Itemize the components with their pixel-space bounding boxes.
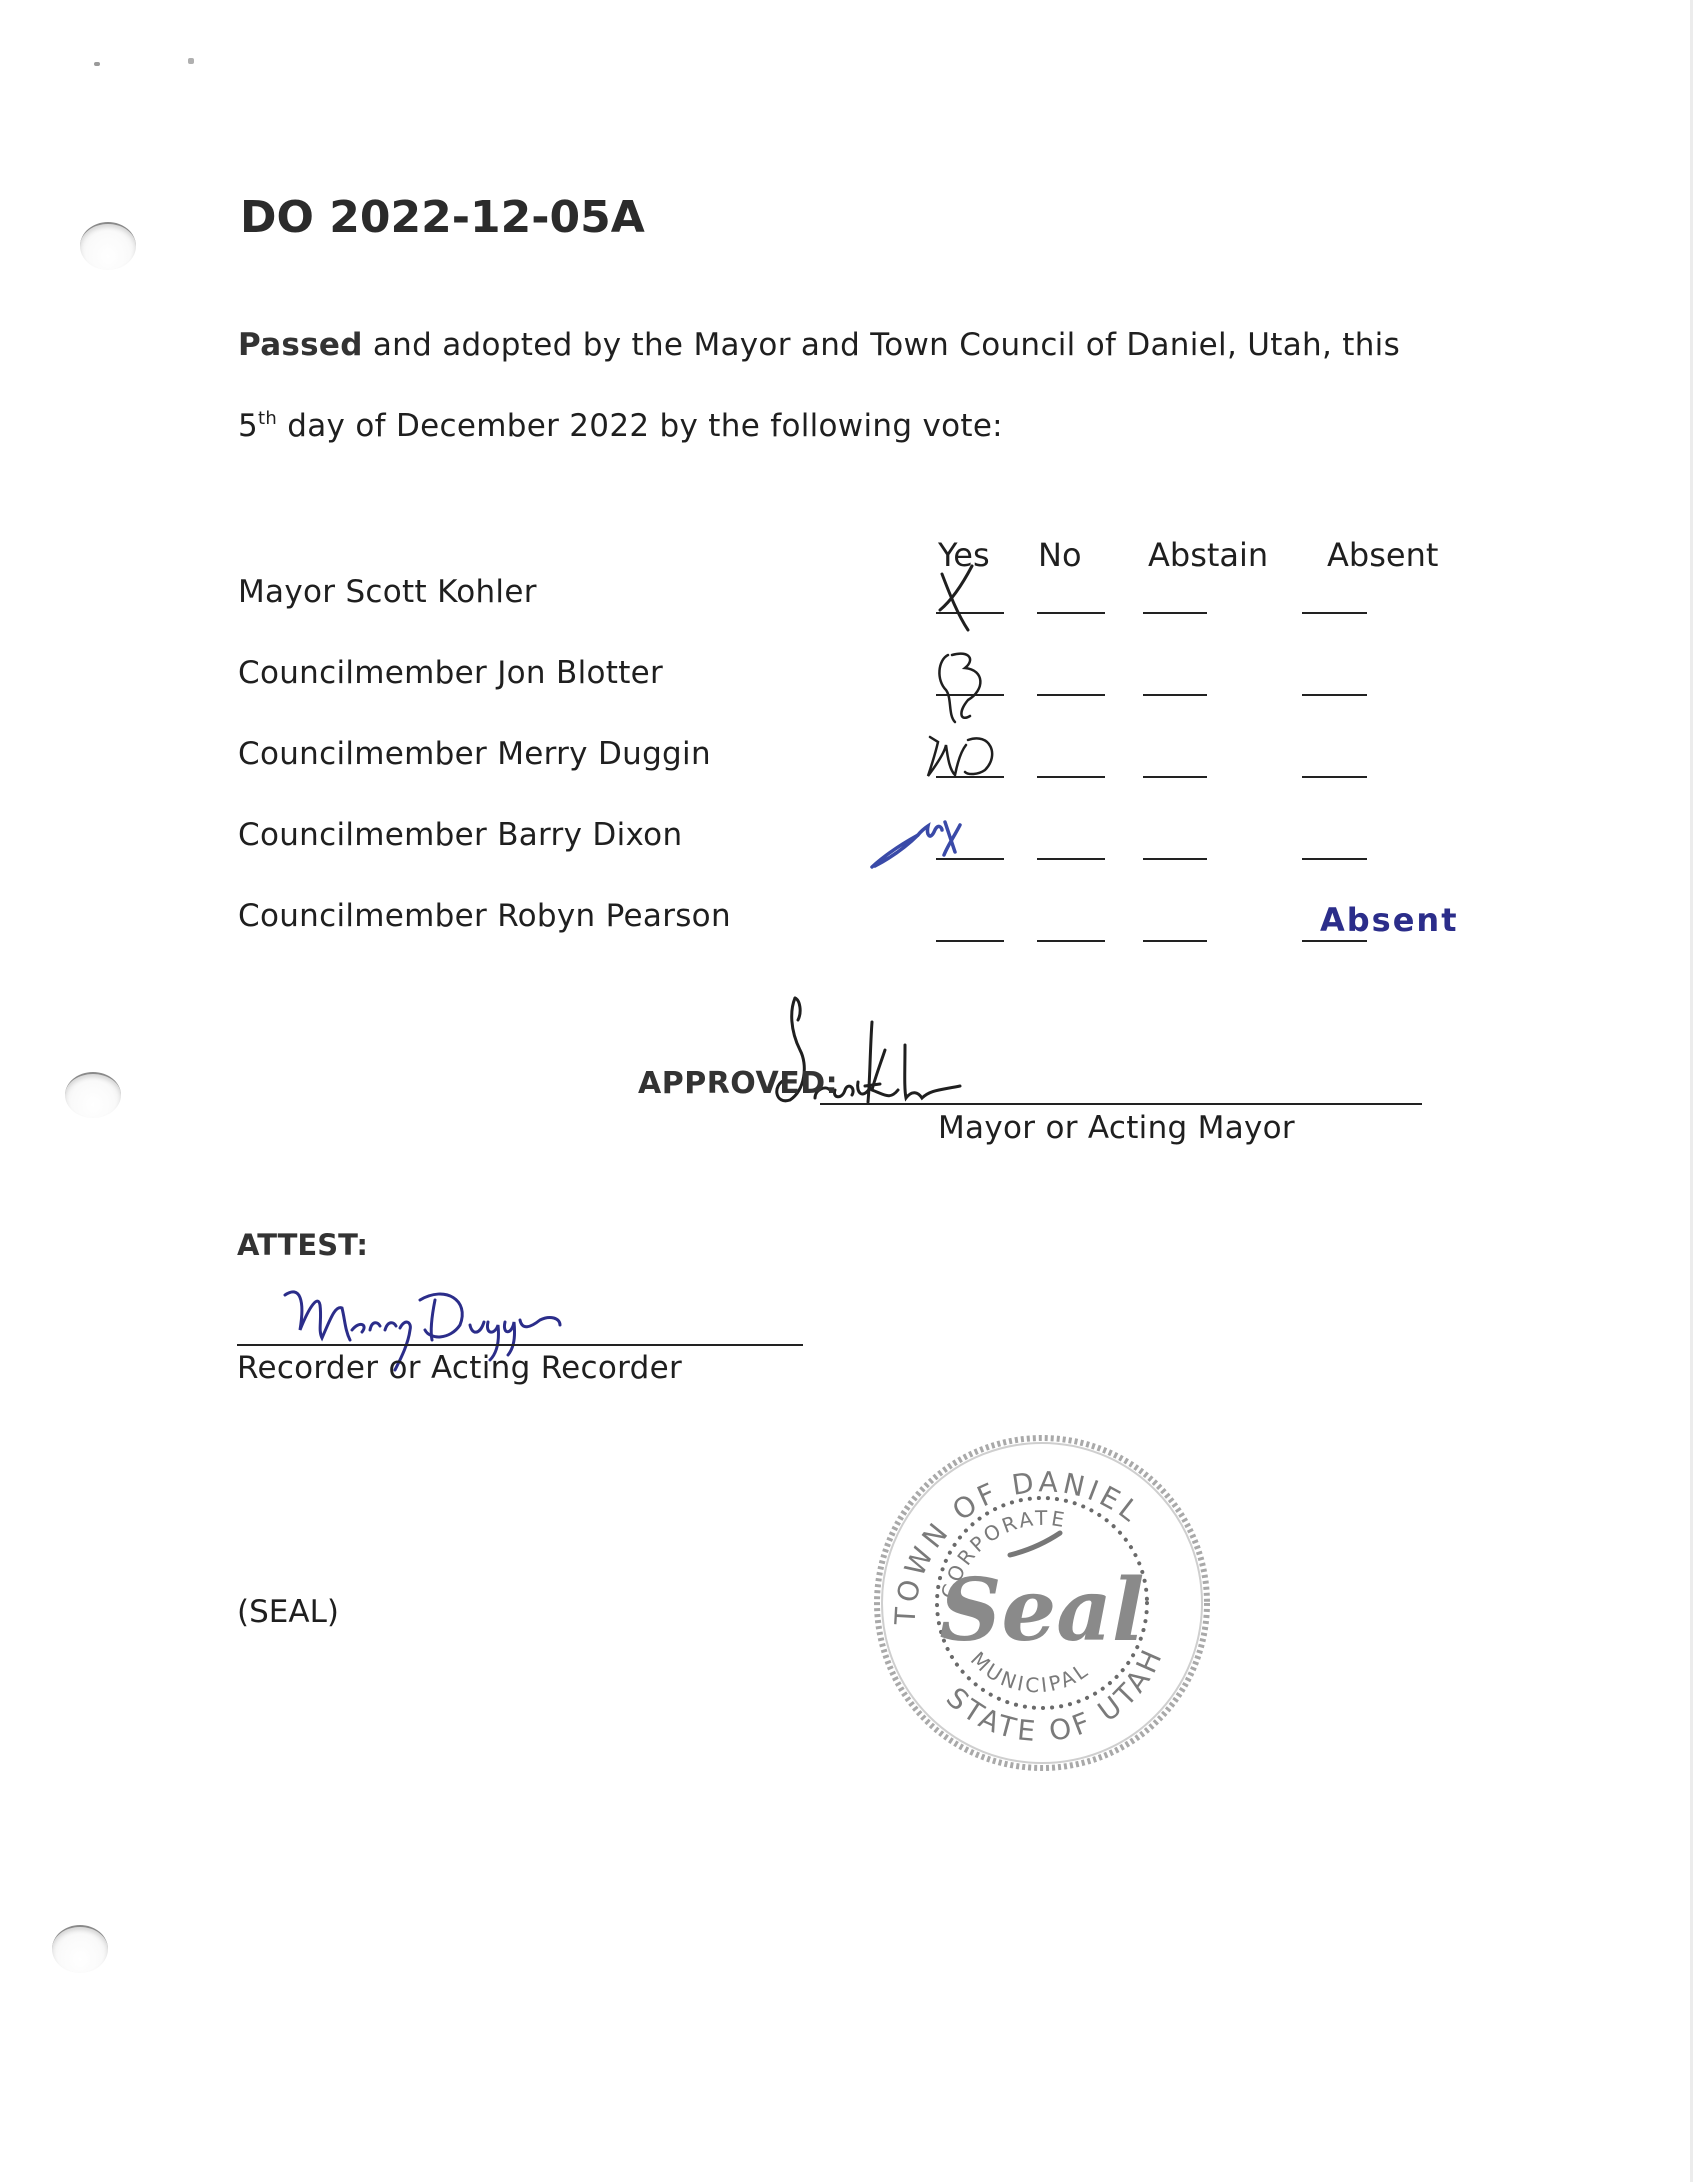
yes-mark-md-initials: [928, 737, 992, 776]
seal-label: (SEAL): [237, 1594, 339, 1630]
recorder-signature-line: [237, 1344, 803, 1346]
handwritten-marks: [0, 0, 1700, 2182]
handwritten-absent: Absent: [1320, 901, 1459, 939]
mayor-caption: Mayor or Acting Mayor: [938, 1110, 1295, 1146]
recorder-caption: Recorder or Acting Recorder: [237, 1350, 682, 1386]
yes-mark-x: [940, 566, 972, 630]
yes-mark-bd-initials: [872, 822, 960, 867]
yes-mark-jb-initials: [939, 654, 980, 722]
attest-label: ATTEST:: [237, 1228, 368, 1262]
seal-center-text: Seal: [939, 1560, 1144, 1661]
corporate-seal: TOWN OF DANIEL STATE OF UTAH CORPORATE M…: [860, 1425, 1220, 1785]
approved-label: APPROVED:: [638, 1066, 838, 1101]
mayor-signature-line: [820, 1103, 1422, 1105]
